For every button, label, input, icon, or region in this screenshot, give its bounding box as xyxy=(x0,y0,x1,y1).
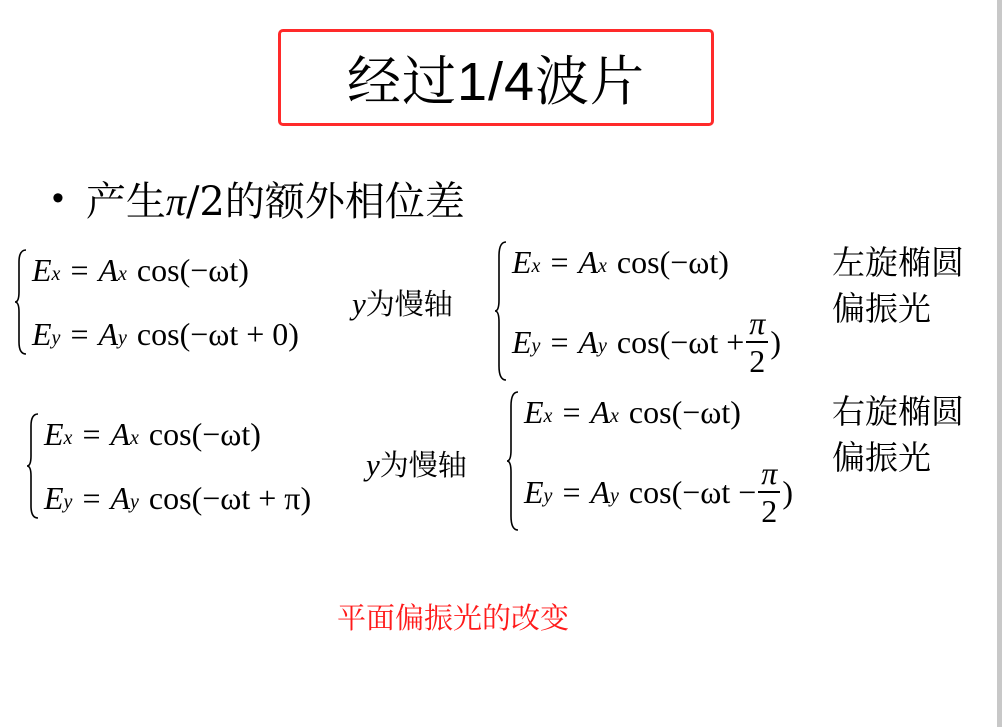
equation-ex: Ex=Axcos(−ωt) xyxy=(512,240,781,284)
title-box: 经过1/4波片 xyxy=(278,29,714,126)
left-brace-icon xyxy=(26,412,40,520)
fraction-pi-over-2: π2 xyxy=(746,307,768,377)
fraction-pi-over-2: π2 xyxy=(758,457,780,527)
equation-ey: Ey=Aycos(−ωt −π2) xyxy=(524,452,793,532)
equation-system-left-bottom: Ex=Axcos(−ωt) Ey=Aycos(−ωt + π) xyxy=(26,412,311,520)
slow-axis-label-bottom: y为慢轴 xyxy=(366,443,467,484)
equation-ey: Ey=Aycos(−ωt + 0) xyxy=(32,312,299,356)
bullet-text: 产生π/2的额外相位差 xyxy=(86,170,465,227)
footer-caption: 平面偏振光的改变 xyxy=(337,596,569,637)
slide-title: 经过1/4波片 xyxy=(347,39,645,116)
equation-system-right-top: Ex=Axcos(−ωt) Ey=Aycos(−ωt +π2) xyxy=(494,240,781,382)
equation-ex: Ex=Axcos(−ωt) xyxy=(524,390,793,434)
equation-ey: Ey=Aycos(−ωt +π2) xyxy=(512,302,781,382)
equation-system-left-top: Ex=Axcos(−ωt) Ey=Aycos(−ωt + 0) xyxy=(14,248,299,356)
slide-edge-scrollbar xyxy=(997,0,1002,727)
equation-ey: Ey=Aycos(−ωt + π) xyxy=(44,476,311,520)
left-brace-icon xyxy=(14,248,28,356)
slow-axis-label-top: y为慢轴 xyxy=(352,282,453,323)
bullet-suffix: /2的额外相位差 xyxy=(186,179,465,225)
left-elliptical-label: 左旋椭圆 偏振光 xyxy=(832,240,964,332)
pi-symbol: π xyxy=(166,179,186,224)
left-brace-icon xyxy=(494,240,508,382)
equation-system-right-bottom: Ex=Axcos(−ωt) Ey=Aycos(−ωt −π2) xyxy=(506,390,793,532)
bullet-item: • 产生π/2的额外相位差 xyxy=(52,170,465,227)
right-elliptical-label: 右旋椭圆 偏振光 xyxy=(832,389,964,481)
equation-ex: Ex=Axcos(−ωt) xyxy=(32,248,299,292)
equation-ex: Ex=Axcos(−ωt) xyxy=(44,412,311,456)
left-brace-icon xyxy=(506,390,520,532)
bullet-dot-icon: • xyxy=(52,179,64,218)
bullet-prefix: 产生 xyxy=(86,179,166,225)
